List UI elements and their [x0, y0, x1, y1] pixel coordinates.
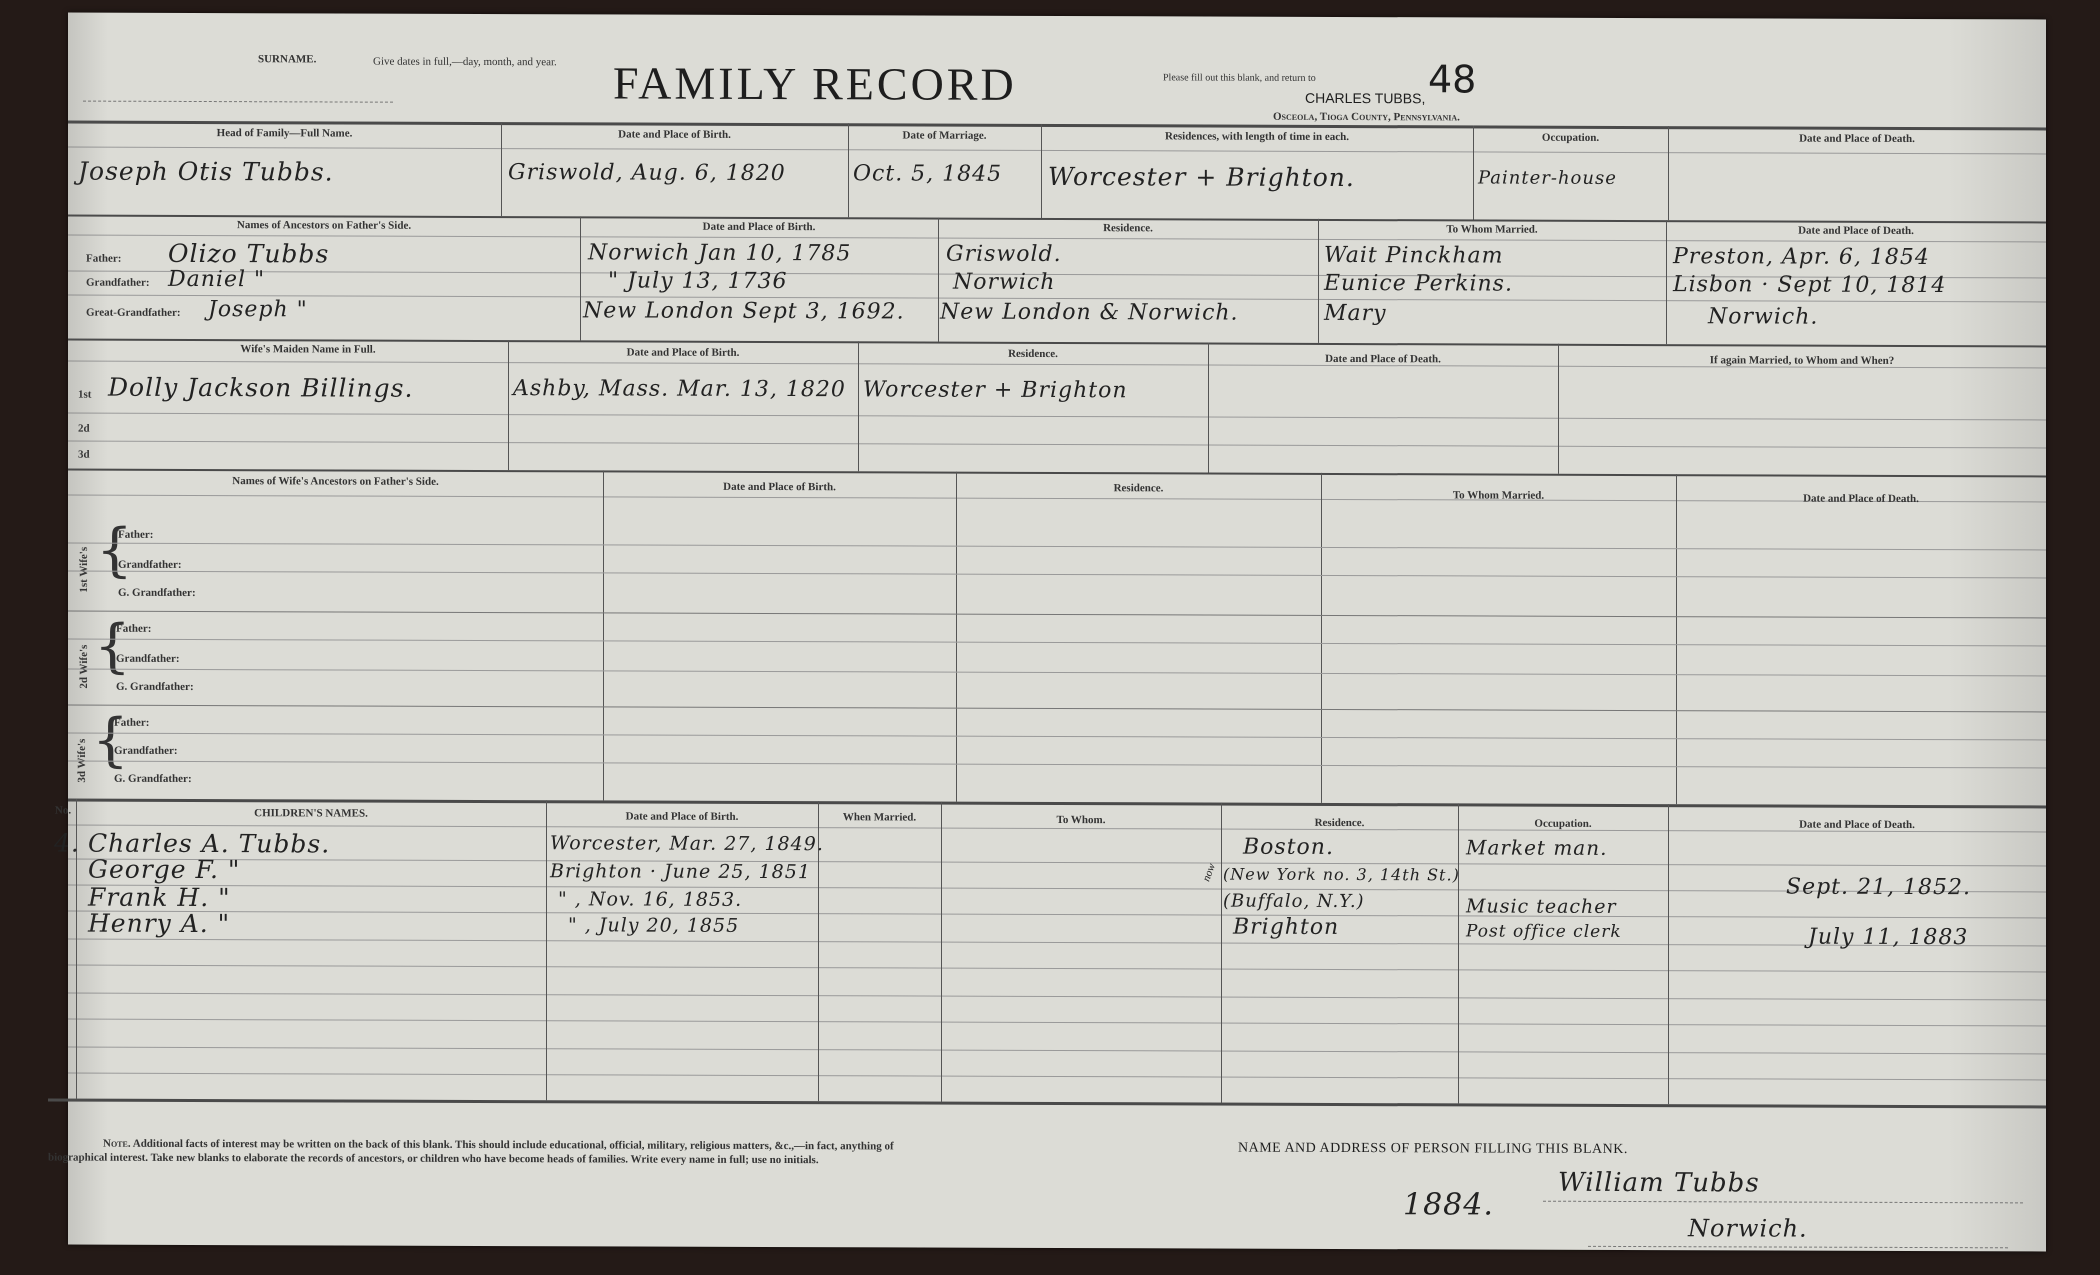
ch-header-death: Date and Place of Death.: [1668, 818, 2046, 831]
child-2-residence: (New York no. 3, 14th St.): [1223, 865, 1460, 885]
fa-header-birth: Date and Place of Birth.: [580, 220, 938, 233]
children-count: 4.: [54, 828, 80, 857]
child-2-name: George F. ": [88, 855, 240, 885]
child-3-birth: " , Nov. 16, 1853.: [558, 888, 742, 911]
wife-header-name: Wife's Maiden Name in Full.: [108, 343, 508, 356]
note-label: Note.: [103, 1138, 131, 1150]
dates-instruction: Give dates in full,—day, month, and year…: [373, 56, 557, 69]
residence-margin-note: now: [1200, 862, 1218, 883]
return-instruction: Please fill out this blank, and return t…: [1163, 72, 1316, 84]
child-4-name: Henry A. ": [88, 909, 230, 938]
wa-2-grandfather: Grandfather:: [116, 653, 180, 665]
ch-header-residence: Residence.: [1221, 817, 1458, 830]
wa-2-father: Father:: [116, 623, 151, 635]
fa-grandfather-name: Daniel ": [168, 267, 265, 292]
fa-grandfather-married: Eunice Perkins.: [1324, 271, 1513, 297]
record-number: 48: [1428, 57, 1476, 101]
ch-header-to-whom: To Whom.: [941, 814, 1221, 827]
wa-1-father: Father:: [118, 529, 153, 541]
child-row-2: George F. " Brighton · June 25, 1851 now…: [68, 13, 2046, 20]
fa-header-residence: Residence.: [938, 222, 1318, 235]
wife-header-death: Date and Place of Death.: [1208, 353, 1558, 366]
hof-header-occupation: Occupation.: [1473, 131, 1668, 144]
wife-1-name: Dolly Jackson Billings.: [108, 373, 413, 403]
fa-row-father: Father: Olizo Tubbs Norwich Jan 10, 1785…: [68, 13, 2046, 20]
child-1-residence: Boston.: [1243, 835, 1334, 860]
wife-row-1: 1st Dolly Jackson Billings. Ashby, Mass.…: [68, 13, 2046, 20]
child-2-birth: Brighton · June 25, 1851: [550, 860, 811, 883]
family-record-form: SURNAME. Give dates in full,—day, month,…: [68, 13, 2046, 1252]
child-row-1: Charles A. Tubbs. Worcester, Mar. 27, 18…: [68, 13, 2046, 20]
wa-group-2d-wife: 2d Wife's { Father: Grandfather: G. Gran…: [68, 13, 2046, 20]
child-1-occupation: Market man.: [1466, 835, 1607, 859]
wa-1-g-grandfather: G. Grandfather:: [118, 587, 196, 599]
fa-great-grandfather-residence: New London & Norwich.: [940, 300, 1239, 326]
hof-name: Joseph Otis Tubbs.: [78, 157, 334, 187]
fa-row-grandfather: Grandfather: Daniel " " July 13, 1736 No…: [68, 13, 2046, 20]
wa-group-1st-wife: 1st Wife's { Father: Grandfather: G. Gra…: [68, 13, 2046, 20]
wife-header-residence: Residence.: [858, 347, 1208, 360]
wife-label-1: 1st: [78, 389, 91, 401]
fa-header-death: Date and Place of Death.: [1666, 224, 2046, 237]
wa-1-grandfather: Grandfather:: [118, 559, 182, 571]
wife-header-remarried: If again Married, to Whom and When?: [1558, 354, 2046, 368]
wa-header-names: Names of Wife's Ancestors on Father's Si…: [68, 475, 603, 489]
wa-header-married: To Whom Married.: [1321, 489, 1676, 502]
wife-1-birth: Ashby, Mass. Mar. 13, 1820: [513, 376, 846, 402]
ch-header-when-married: When Married.: [818, 811, 941, 823]
wife-label-2: 2d: [78, 423, 90, 435]
fa-header-names: Names of Ancestors on Father's Side.: [68, 219, 580, 233]
fa-grandfather-residence: Norwich: [953, 270, 1055, 295]
child-row-3: Frank H. " " , Nov. 16, 1853. (Buffalo, …: [68, 13, 2046, 20]
child-3-residence: (Buffalo, N.Y.): [1223, 891, 1365, 912]
hof-header-residences: Residences, with length of time in each.: [1041, 130, 1473, 144]
fa-label-grandfather: Grandfather:: [86, 277, 150, 289]
filler-name[interactable]: William Tubbs: [1558, 1168, 1760, 1199]
hof-birth: Griswold, Aug. 6, 1820: [508, 160, 786, 186]
hof-marriage: Oct. 5, 1845: [853, 161, 1002, 187]
wa-3-father: Father:: [114, 717, 149, 729]
child-row-4: Henry A. " " , July 20, 1855 Brighton Po…: [68, 13, 2046, 20]
fa-great-grandfather-birth: New London Sept 3, 1692.: [583, 298, 905, 324]
fa-father-name: Olizo Tubbs: [168, 239, 329, 269]
wa-3-g-grandfather: G. Grandfather:: [114, 773, 192, 785]
fa-header-married: To Whom Married.: [1318, 223, 1666, 236]
hof-header-birth: Date and Place of Birth.: [501, 128, 848, 141]
child-2-death: Sept. 21, 1852.: [1786, 875, 1971, 901]
fa-great-grandfather-married: Mary: [1324, 301, 1387, 326]
wa-header-residence: Residence.: [956, 482, 1321, 495]
wife-header-birth: Date and Place of Birth.: [508, 346, 858, 359]
child-4-death: July 11, 1883: [1808, 925, 1968, 951]
child-4-birth: " , July 20, 1855: [568, 914, 739, 937]
fa-great-grandfather-death: Norwich.: [1708, 304, 1818, 329]
hof-header-death: Date and Place of Death.: [1668, 132, 2046, 145]
wa-group-3d-wife: 3d Wife's { Father: Grandfather: G. Gran…: [68, 13, 2046, 20]
fa-great-grandfather-name: Joseph ": [208, 297, 308, 322]
fa-label-father: Father:: [86, 253, 121, 265]
wife-label-3: 3d: [78, 449, 90, 461]
wa-header-birth: Date and Place of Birth.: [603, 480, 956, 493]
fa-grandfather-death: Lisbon · Sept 10, 1814: [1673, 272, 1946, 298]
child-4-occupation: Post office clerk: [1466, 921, 1622, 942]
ch-header-birth: Date and Place of Birth.: [546, 810, 818, 823]
hof-occupation: Painter-house: [1478, 167, 1617, 188]
ch-header-names: CHILDREN'S NAMES.: [76, 807, 546, 821]
return-name: CHARLES TUBBS,: [1305, 90, 1425, 106]
surname-field[interactable]: [83, 101, 393, 103]
filler-address[interactable]: Norwich.: [1688, 1214, 1808, 1242]
surname-label: SURNAME.: [258, 53, 316, 65]
child-3-occupation: Music teacher: [1466, 895, 1617, 918]
footer-year: 1884.: [1403, 1187, 1494, 1222]
wa-group-label-2: 2d Wife's: [78, 645, 90, 689]
fa-father-residence: Griswold.: [946, 242, 1062, 267]
fa-father-death: Preston, Apr. 6, 1854: [1673, 244, 1930, 270]
ch-header-no: No.: [48, 804, 78, 816]
wa-3-grandfather: Grandfather:: [114, 745, 178, 757]
ch-header-occupation: Occupation.: [1458, 817, 1668, 830]
child-3-name: Frank H. ": [88, 883, 231, 912]
hof-header-marriage: Date of Marriage.: [848, 129, 1041, 142]
footer-note: Note. Additional facts of interest may b…: [48, 1136, 928, 1167]
child-1-birth: Worcester, Mar. 27, 1849.: [550, 832, 824, 855]
page-title: FAMILY RECORD: [613, 56, 1017, 110]
hof-header-name: Head of Family—Full Name.: [68, 127, 501, 141]
wa-2-g-grandfather: G. Grandfather:: [116, 681, 194, 693]
filler-label: NAME AND ADDRESS OF PERSON FILLING THIS …: [1238, 1141, 1628, 1158]
return-address: Osceola, Tioga County, Pennsylvania.: [1273, 111, 1460, 124]
fa-grandfather-birth: " July 13, 1736: [608, 268, 788, 294]
fa-father-married: Wait Pinckham: [1324, 243, 1504, 269]
wa-header-death: Date and Place of Death.: [1676, 492, 2046, 505]
fa-father-birth: Norwich Jan 10, 1785: [588, 240, 851, 266]
fa-row-great-grandfather: Great-Grandfather: Joseph " New London S…: [68, 13, 2046, 20]
fa-label-great-grandfather: Great-Grandfather:: [86, 307, 181, 319]
child-4-residence: Brighton: [1233, 915, 1339, 940]
hof-residences: Worcester + Brighton.: [1048, 162, 1355, 192]
note-text: Additional facts of interest may be writ…: [48, 1138, 894, 1166]
wife-1-residence: Worcester + Brighton: [863, 377, 1128, 403]
